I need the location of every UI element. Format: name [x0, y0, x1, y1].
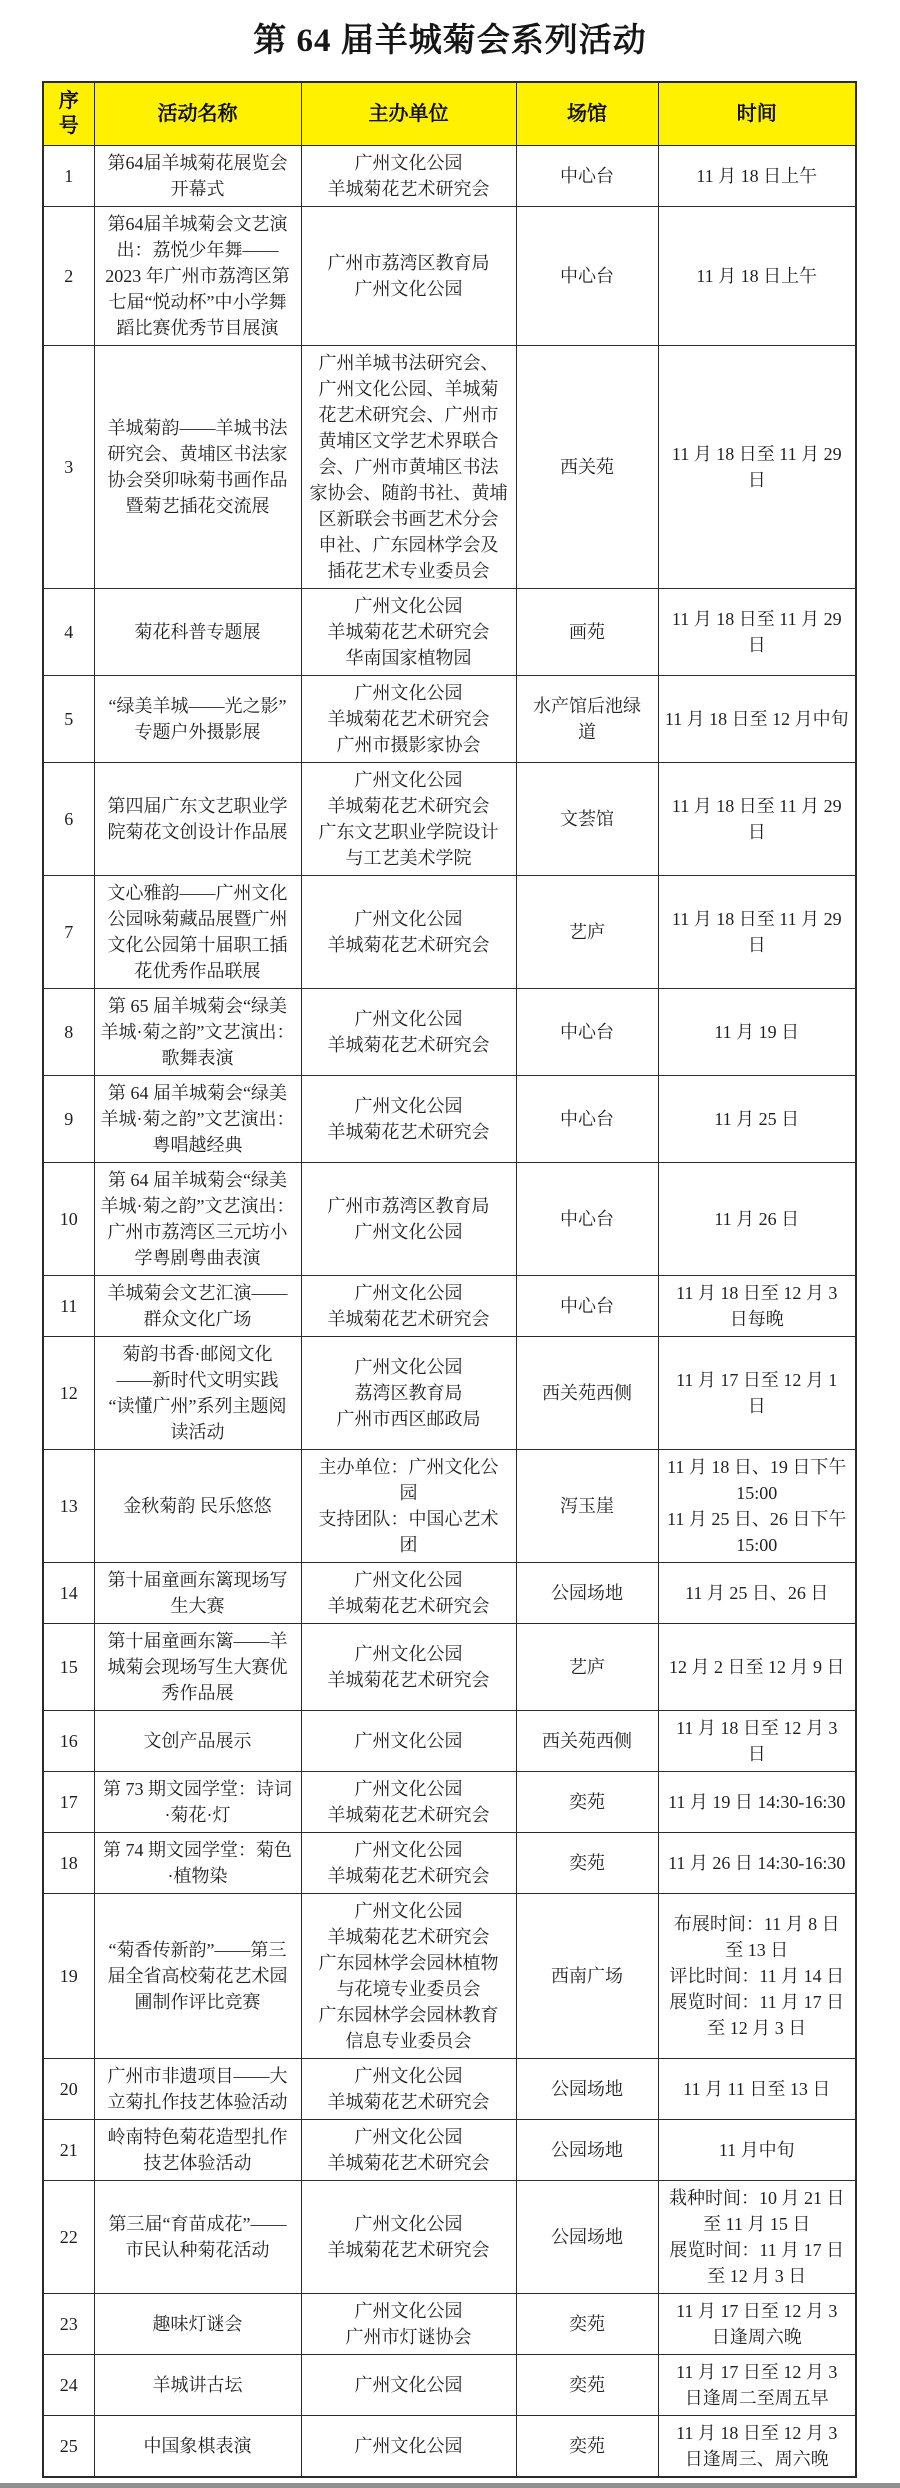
cell-no: 11	[43, 1276, 94, 1337]
cell-venue: 中心台	[516, 146, 658, 207]
cell-no: 7	[43, 876, 94, 989]
table-row: 20广州市非遗项目——大 立菊扎作技艺体验活动广州文化公园 羊城菊花艺术研究会公…	[43, 2059, 856, 2120]
cell-name: 第 74 期文园学堂：菊色 ·植物染	[94, 1833, 301, 1894]
cell-venue: 画苑	[516, 589, 658, 676]
cell-venue: 艺庐	[516, 1624, 658, 1711]
cell-venue: 中心台	[516, 1276, 658, 1337]
table-row: 2第64届羊城菊会文艺演 出：荔悦少年舞—— 2023 年广州市荔湾区第 七届“…	[43, 207, 856, 346]
cell-organizer: 广州文化公园 羊城菊花艺术研究会	[301, 1833, 516, 1894]
cell-name: 文心雅韵——广州文化 公园咏菊藏品展暨广州 文化公园第十届职工插 花优秀作品联展	[94, 876, 301, 989]
cell-no: 8	[43, 989, 94, 1076]
cell-organizer: 广州文化公园 羊城菊花艺术研究会	[301, 876, 516, 989]
cell-organizer: 广州文化公园 羊城菊花艺术研究会	[301, 1563, 516, 1624]
table-row: 22第三届“育苗成花”—— 市民认种菊花活动广州文化公园 羊城菊花艺术研究会公园…	[43, 2181, 856, 2294]
cell-organizer: 广州文化公园	[301, 2416, 516, 2478]
cell-time: 11 月 19 日	[658, 989, 856, 1076]
cell-name: “绿美羊城——光之影” 专题户外摄影展	[94, 676, 301, 763]
cell-no: 21	[43, 2120, 94, 2181]
cell-organizer: 主办单位：广州文化公 园 支持团队：中国心艺术 团	[301, 1450, 516, 1563]
cell-venue: 奕苑	[516, 1833, 658, 1894]
cell-organizer: 广州文化公园 羊城菊花艺术研究会 广东园林学会园林植物 与花境专业委员会 广东园…	[301, 1894, 516, 2059]
cell-no: 17	[43, 1772, 94, 1833]
page-title: 第 64 届羊城菊会系列活动	[0, 14, 900, 61]
cell-no: 5	[43, 676, 94, 763]
cell-name: 第64届羊城菊会文艺演 出：荔悦少年舞—— 2023 年广州市荔湾区第 七届“悦…	[94, 207, 301, 346]
table-row: 7文心雅韵——广州文化 公园咏菊藏品展暨广州 文化公园第十届职工插 花优秀作品联…	[43, 876, 856, 989]
cell-time: 11 月中旬	[658, 2120, 856, 2181]
cell-venue: 水产馆后池绿 道	[516, 676, 658, 763]
cell-venue: 公园场地	[516, 2181, 658, 2294]
cell-no: 4	[43, 589, 94, 676]
cell-time: 栽种时间：10 月 21 日 至 11 月 15 日 展览时间：11 月 17 …	[658, 2181, 856, 2294]
cell-venue: 公园场地	[516, 1563, 658, 1624]
cell-organizer: 广州文化公园 羊城菊花艺术研究会 广东文艺职业学院设计 与工艺美术学院	[301, 763, 516, 876]
cell-time: 11 月 17 日至 12 月 1 日	[658, 1337, 856, 1450]
cell-venue: 中心台	[516, 1163, 658, 1276]
cell-organizer: 广州文化公园 羊城菊花艺术研究会	[301, 1076, 516, 1163]
cell-no: 2	[43, 207, 94, 346]
cell-name: 羊城菊韵——羊城书法 研究会、黄埔区书法家 协会癸卯咏菊书画作品 暨菊艺插花交流…	[94, 346, 301, 589]
col-header-venue: 场馆	[516, 82, 658, 146]
cell-no: 9	[43, 1076, 94, 1163]
cell-venue: 中心台	[516, 989, 658, 1076]
cell-organizer: 广州羊城书法研究会、 广州文化公园、羊城菊 花艺术研究会、广州市 黄埔区文学艺术…	[301, 346, 516, 589]
table-row: 6第四届广东文艺职业学 院菊花文创设计作品展广州文化公园 羊城菊花艺术研究会 广…	[43, 763, 856, 876]
table-header-row: 序 号活动名称主办单位场馆时间	[43, 82, 856, 146]
cell-venue: 中心台	[516, 1076, 658, 1163]
activities-table: 序 号活动名称主办单位场馆时间 1第64届羊城菊花展览会 开幕式广州文化公园 羊…	[42, 81, 857, 2478]
cell-time: 11 月 17 日至 12 月 3 日逢周六晚	[658, 2294, 856, 2355]
cell-time: 12 月 2 日至 12 月 9 日	[658, 1624, 856, 1711]
cell-name: 广州市非遗项目——大 立菊扎作技艺体验活动	[94, 2059, 301, 2120]
cell-organizer: 广州文化公园	[301, 2355, 516, 2416]
table-row: 25中国象棋表演广州文化公园奕苑11 月 18 日至 12 月 3 日逢周三、周…	[43, 2416, 856, 2478]
cell-venue: 公园场地	[516, 2059, 658, 2120]
cell-name: 第 65 届羊城菊会“绿美 羊城·菊之韵”文艺演出： 歌舞表演	[94, 989, 301, 1076]
col-header-organizer: 主办单位	[301, 82, 516, 146]
table-row: 15第十届童画东篱——羊 城菊会现场写生大赛优 秀作品展广州文化公园 羊城菊花艺…	[43, 1624, 856, 1711]
cell-no: 25	[43, 2416, 94, 2478]
cell-no: 14	[43, 1563, 94, 1624]
cell-organizer: 广州文化公园	[301, 1711, 516, 1772]
cell-organizer: 广州文化公园 羊城菊花艺术研究会	[301, 2120, 516, 2181]
table-row: 14第十届童画东篱现场写 生大赛广州文化公园 羊城菊花艺术研究会公园场地11 月…	[43, 1563, 856, 1624]
cell-organizer: 广州市荔湾区教育局 广州文化公园	[301, 207, 516, 346]
cell-venue: 文荟馆	[516, 763, 658, 876]
cell-time: 11 月 18 日至 11 月 29 日	[658, 346, 856, 589]
cell-name: 第 64 届羊城菊会“绿美 羊城·菊之韵”文艺演出： 广州市荔湾区三元坊小 学粤…	[94, 1163, 301, 1276]
cell-name: “菊香传新韵”——第三 届全省高校菊花艺术园 圃制作评比竞赛	[94, 1894, 301, 2059]
cell-venue: 西关苑	[516, 346, 658, 589]
cell-time: 11 月 11 日至 13 日	[658, 2059, 856, 2120]
cell-time: 11 月 18 日上午	[658, 146, 856, 207]
cell-time: 11 月 26 日 14:30-16:30	[658, 1833, 856, 1894]
cell-time: 11 月 26 日	[658, 1163, 856, 1276]
cell-venue: 奕苑	[516, 2416, 658, 2478]
table-row: 9第 64 届羊城菊会“绿美 羊城·菊之韵”文艺演出： 粤唱越经典广州文化公园 …	[43, 1076, 856, 1163]
cell-name: 第三届“育苗成花”—— 市民认种菊花活动	[94, 2181, 301, 2294]
cell-no: 24	[43, 2355, 94, 2416]
cell-venue: 中心台	[516, 207, 658, 346]
table-row: 17第 73 期文园学堂：诗词 ·菊花·灯广州文化公园 羊城菊花艺术研究会奕苑1…	[43, 1772, 856, 1833]
cell-no: 23	[43, 2294, 94, 2355]
cell-venue: 公园场地	[516, 2120, 658, 2181]
cell-venue: 西关苑西侧	[516, 1337, 658, 1450]
cell-name: 中国象棋表演	[94, 2416, 301, 2478]
table-row: 19“菊香传新韵”——第三 届全省高校菊花艺术园 圃制作评比竞赛广州文化公园 羊…	[43, 1894, 856, 2059]
table-row: 8第 65 届羊城菊会“绿美 羊城·菊之韵”文艺演出： 歌舞表演广州文化公园 羊…	[43, 989, 856, 1076]
cell-name: 羊城菊会文艺汇演—— 群众文化广场	[94, 1276, 301, 1337]
cell-no: 10	[43, 1163, 94, 1276]
cell-organizer: 广州文化公园 羊城菊花艺术研究会	[301, 1276, 516, 1337]
cell-name: 岭南特色菊花造型扎作 技艺体验活动	[94, 2120, 301, 2181]
cell-venue: 西南广场	[516, 1894, 658, 2059]
cell-no: 22	[43, 2181, 94, 2294]
cell-organizer: 广州文化公园 荔湾区教育局 广州市西区邮政局	[301, 1337, 516, 1450]
table-row: 12菊韵书香·邮阅文化 ——新时代文明实践 “读懂广州”系列主题阅 读活动广州文…	[43, 1337, 856, 1450]
cell-no: 15	[43, 1624, 94, 1711]
cell-time: 11 月 18 日至 12 月中旬	[658, 676, 856, 763]
cell-time: 布展时间：11 月 8 日 至 13 日 评比时间：11 月 14 日 展览时间…	[658, 1894, 856, 2059]
table-row: 23趣味灯谜会广州文化公园 广州市灯谜协会奕苑11 月 17 日至 12 月 3…	[43, 2294, 856, 2355]
table-body: 1第64届羊城菊花展览会 开幕式广州文化公园 羊城菊花艺术研究会中心台11 月 …	[43, 146, 856, 2478]
cell-name: 菊花科普专题展	[94, 589, 301, 676]
cell-no: 19	[43, 1894, 94, 2059]
col-header-name: 活动名称	[94, 82, 301, 146]
table-row: 16文创产品展示广州文化公园西关苑西侧11 月 18 日至 12 月 3 日	[43, 1711, 856, 1772]
cell-organizer: 广州文化公园 羊城菊花艺术研究会	[301, 2059, 516, 2120]
cell-name: 第四届广东文艺职业学 院菊花文创设计作品展	[94, 763, 301, 876]
cell-venue: 艺庐	[516, 876, 658, 989]
cell-name: 趣味灯谜会	[94, 2294, 301, 2355]
cell-organizer: 广州文化公园 广州市灯谜协会	[301, 2294, 516, 2355]
cell-name: 金秋菊韵 民乐悠悠	[94, 1450, 301, 1563]
cell-no: 12	[43, 1337, 94, 1450]
cell-no: 3	[43, 346, 94, 589]
cell-no: 1	[43, 146, 94, 207]
bottom-edge-bar	[0, 2483, 900, 2488]
col-header-time: 时间	[658, 82, 856, 146]
table-row: 1第64届羊城菊花展览会 开幕式广州文化公园 羊城菊花艺术研究会中心台11 月 …	[43, 146, 856, 207]
table-row: 5“绿美羊城——光之影” 专题户外摄影展广州文化公园 羊城菊花艺术研究会 广州市…	[43, 676, 856, 763]
table-row: 21岭南特色菊花造型扎作 技艺体验活动广州文化公园 羊城菊花艺术研究会公园场地1…	[43, 2120, 856, 2181]
cell-organizer: 广州文化公园 羊城菊花艺术研究会 广州市摄影家协会	[301, 676, 516, 763]
cell-organizer: 广州文化公园 羊城菊花艺术研究会	[301, 2181, 516, 2294]
cell-time: 11 月 18 日至 11 月 29 日	[658, 876, 856, 989]
cell-organizer: 广州市荔湾区教育局 广州文化公园	[301, 1163, 516, 1276]
cell-time: 11 月 18 日至 12 月 3 日每晚	[658, 1276, 856, 1337]
cell-time: 11 月 19 日 14:30-16:30	[658, 1772, 856, 1833]
table-row: 10第 64 届羊城菊会“绿美 羊城·菊之韵”文艺演出： 广州市荔湾区三元坊小 …	[43, 1163, 856, 1276]
cell-venue: 奕苑	[516, 2294, 658, 2355]
cell-organizer: 广州文化公园 羊城菊花艺术研究会	[301, 146, 516, 207]
cell-venue: 奕苑	[516, 2355, 658, 2416]
cell-time: 11 月 18 日、19 日下午 15:00 11 月 25 日、26 日下午 …	[658, 1450, 856, 1563]
table-row: 3羊城菊韵——羊城书法 研究会、黄埔区书法家 协会癸卯咏菊书画作品 暨菊艺插花交…	[43, 346, 856, 589]
cell-name: 第 73 期文园学堂：诗词 ·菊花·灯	[94, 1772, 301, 1833]
cell-name: 第十届童画东篱现场写 生大赛	[94, 1563, 301, 1624]
cell-organizer: 广州文化公园 羊城菊花艺术研究会	[301, 1624, 516, 1711]
cell-name: 第64届羊城菊花展览会 开幕式	[94, 146, 301, 207]
col-header-no: 序 号	[43, 82, 94, 146]
cell-venue: 奕苑	[516, 1772, 658, 1833]
cell-name: 文创产品展示	[94, 1711, 301, 1772]
cell-organizer: 广州文化公园 羊城菊花艺术研究会	[301, 1772, 516, 1833]
cell-time: 11 月 17 日至 12 月 3 日逢周二至周五早	[658, 2355, 856, 2416]
cell-name: 第十届童画东篱——羊 城菊会现场写生大赛优 秀作品展	[94, 1624, 301, 1711]
table-row: 13金秋菊韵 民乐悠悠主办单位：广州文化公 园 支持团队：中国心艺术 团泻玉崖1…	[43, 1450, 856, 1563]
cell-time: 11 月 18 日至 11 月 29 日	[658, 589, 856, 676]
table-row: 11羊城菊会文艺汇演—— 群众文化广场广州文化公园 羊城菊花艺术研究会中心台11…	[43, 1276, 856, 1337]
cell-time: 11 月 25 日、26 日	[658, 1563, 856, 1624]
table-row: 4菊花科普专题展广州文化公园 羊城菊花艺术研究会 华南国家植物园画苑11 月 1…	[43, 589, 856, 676]
table-row: 18第 74 期文园学堂：菊色 ·植物染广州文化公园 羊城菊花艺术研究会奕苑11…	[43, 1833, 856, 1894]
cell-time: 11 月 18 日至 12 月 3 日	[658, 1711, 856, 1772]
cell-organizer: 广州文化公园 羊城菊花艺术研究会	[301, 989, 516, 1076]
cell-time: 11 月 18 日至 11 月 29 日	[658, 763, 856, 876]
cell-venue: 西关苑西侧	[516, 1711, 658, 1772]
cell-name: 菊韵书香·邮阅文化 ——新时代文明实践 “读懂广州”系列主题阅 读活动	[94, 1337, 301, 1450]
cell-no: 18	[43, 1833, 94, 1894]
cell-time: 11 月 25 日	[658, 1076, 856, 1163]
cell-name: 第 64 届羊城菊会“绿美 羊城·菊之韵”文艺演出： 粤唱越经典	[94, 1076, 301, 1163]
cell-no: 6	[43, 763, 94, 876]
cell-venue: 泻玉崖	[516, 1450, 658, 1563]
cell-organizer: 广州文化公园 羊城菊花艺术研究会 华南国家植物园	[301, 589, 516, 676]
cell-name: 羊城讲古坛	[94, 2355, 301, 2416]
cell-time: 11 月 18 日上午	[658, 207, 856, 346]
table-row: 24羊城讲古坛广州文化公园奕苑11 月 17 日至 12 月 3 日逢周二至周五…	[43, 2355, 856, 2416]
cell-no: 13	[43, 1450, 94, 1563]
cell-no: 20	[43, 2059, 94, 2120]
cell-time: 11 月 18 日至 12 月 3 日逢周三、周六晚	[658, 2416, 856, 2478]
cell-no: 16	[43, 1711, 94, 1772]
